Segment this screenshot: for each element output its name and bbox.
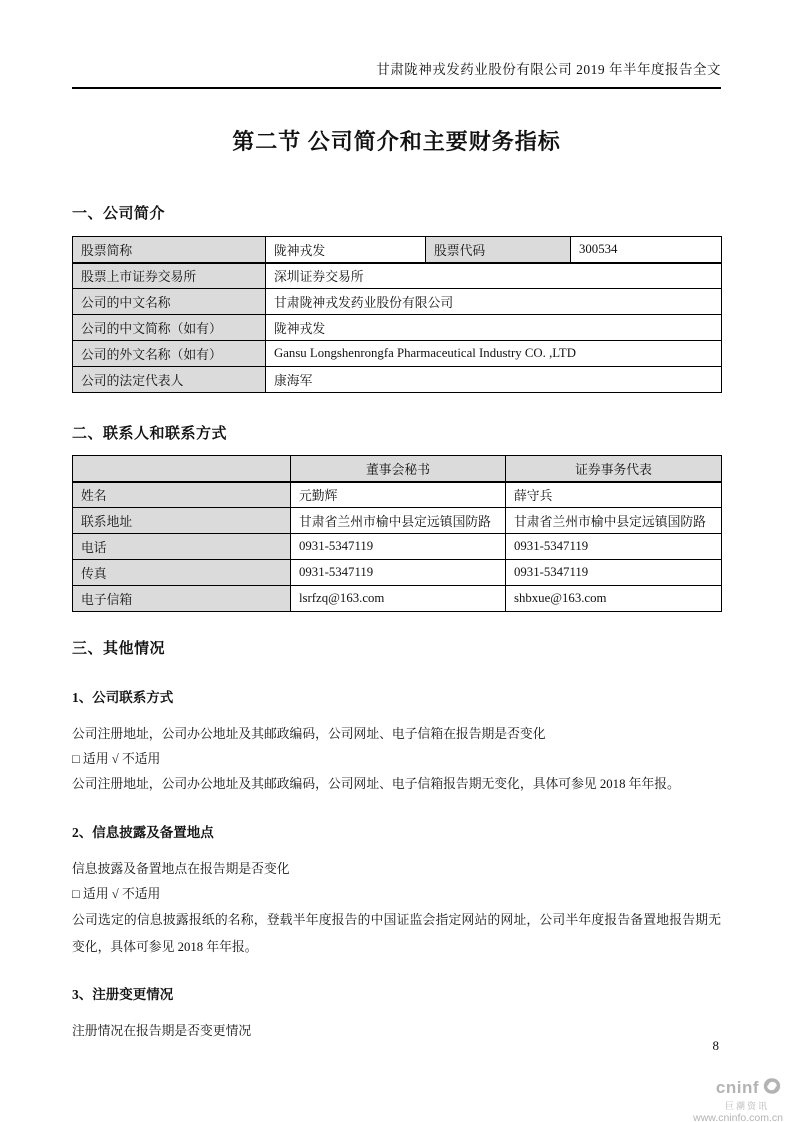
subsection-heading-disclosure: 2、信息披露及备置地点 — [72, 821, 721, 841]
cell-value: shbxue@163.com — [506, 586, 722, 612]
cell-label: 联系地址 — [73, 508, 291, 534]
cell-label: 股票代码 — [426, 237, 571, 263]
cninfo-brand-text: cninf — [716, 1079, 759, 1098]
page-title: 第二节 公司简介和主要财务指标 — [72, 125, 721, 156]
answer-text: 公司选定的信息披露报纸的名称，登载半年度报告的中国证监会指定网站的网址，公司半年… — [72, 907, 721, 961]
cell-value: Gansu Longshenrongfa Pharmaceutical Indu… — [266, 341, 722, 367]
page-number: 8 — [713, 1038, 720, 1054]
cell-value: 甘肃省兰州市榆中县定远镇国防路 — [291, 508, 506, 534]
cell-label: 股票上市证券交易所 — [73, 263, 266, 289]
cell-label: 公司的中文名称 — [73, 289, 266, 315]
question-text: 公司注册地址，公司办公地址及其邮政编码，公司网址、电子信箱在报告期是否变化 — [72, 722, 721, 747]
table-row: 传真 0931-5347119 0931-5347119 — [73, 560, 722, 586]
cell-label: 公司的外文名称（如有） — [73, 341, 266, 367]
applicability-line: □ 适用 √ 不适用 — [72, 747, 721, 772]
cell-value: 薛守兵 — [506, 482, 722, 508]
cell-value: 陇神戎发 — [266, 237, 426, 263]
cninfo-chinese-name: 巨潮资讯 — [693, 1102, 769, 1112]
company-profile-table: 股票简称 陇神戎发 股票代码 300534 股票上市证券交易所 深圳证券交易所 … — [72, 236, 722, 393]
cell-label: 电话 — [73, 534, 291, 560]
table-row: 公司的中文名称 甘肃陇神戎发药业股份有限公司 — [73, 289, 722, 315]
table-row: 公司的外文名称（如有） Gansu Longshenrongfa Pharmac… — [73, 341, 722, 367]
cell-empty — [73, 456, 291, 482]
table-row: 公司的法定代表人 康海军 — [73, 367, 722, 393]
applicability-line: □ 适用 √ 不适用 — [72, 882, 721, 907]
cell-value: 甘肃省兰州市榆中县定远镇国防路 — [506, 508, 722, 534]
table-row: 电话 0931-5347119 0931-5347119 — [73, 534, 722, 560]
cell-value: 深圳证券交易所 — [266, 263, 722, 289]
table-row: 股票上市证券交易所 深圳证券交易所 — [73, 263, 722, 289]
column-header: 证券事务代表 — [506, 456, 722, 482]
cell-label: 姓名 — [73, 482, 291, 508]
cell-value: 0931-5347119 — [291, 560, 506, 586]
cell-value: 甘肃陇神戎发药业股份有限公司 — [266, 289, 722, 315]
cell-label: 股票简称 — [73, 237, 266, 263]
cell-value: 康海军 — [266, 367, 722, 393]
cell-value: 0931-5347119 — [506, 560, 722, 586]
section-heading-contacts: 二、联系人和联系方式 — [72, 422, 721, 443]
cell-value: lsrfzq@163.com — [291, 586, 506, 612]
cell-value: 0931-5347119 — [291, 534, 506, 560]
answer-text: 公司注册地址，公司办公地址及其邮政编码，公司网址、电子信箱报告期无变化，具体可参… — [72, 772, 721, 797]
cell-value: 陇神戎发 — [266, 315, 722, 341]
subsection-heading-contact-method: 1、公司联系方式 — [72, 686, 721, 706]
table-row: 姓名 元勤辉 薛守兵 — [73, 482, 722, 508]
section-heading-company-profile: 一、公司简介 — [72, 202, 721, 223]
table-header-row: 董事会秘书 证券事务代表 — [73, 456, 722, 482]
cell-label: 公司的中文简称（如有） — [73, 315, 266, 341]
contacts-table: 董事会秘书 证券事务代表 姓名 元勤辉 薛守兵 联系地址 甘肃省兰州市榆中县定远… — [72, 455, 722, 612]
cell-value: 元勤辉 — [291, 482, 506, 508]
cninfo-watermark: cninf 巨潮资讯 www.cninfo.com.cn — [693, 1076, 783, 1122]
table-row: 电子信箱 lsrfzq@163.com shbxue@163.com — [73, 586, 722, 612]
running-header: 甘肃陇神戎发药业股份有限公司 2019 年半年度报告全文 — [72, 58, 721, 89]
cell-value: 0931-5347119 — [506, 534, 722, 560]
cell-label: 公司的法定代表人 — [73, 367, 266, 393]
cell-label: 传真 — [73, 560, 291, 586]
table-row: 联系地址 甘肃省兰州市榆中县定远镇国防路 甘肃省兰州市榆中县定远镇国防路 — [73, 508, 722, 534]
report-page: 甘肃陇神戎发药业股份有限公司 2019 年半年度报告全文 第二节 公司简介和主要… — [0, 0, 793, 1122]
subsection-heading-registration: 3、注册变更情况 — [72, 983, 721, 1003]
column-header: 董事会秘书 — [291, 456, 506, 482]
question-text: 信息披露及备置地点在报告期是否变化 — [72, 857, 721, 882]
cell-label: 电子信箱 — [73, 586, 291, 612]
question-text: 注册情况在报告期是否变更情况 — [72, 1019, 721, 1044]
table-row: 公司的中文简称（如有） 陇神戎发 — [73, 315, 722, 341]
section-heading-other: 三、其他情况 — [72, 637, 721, 658]
cell-value: 300534 — [571, 237, 722, 263]
cninfo-url: www.cninfo.com.cn — [693, 1113, 783, 1122]
cninfo-logo-icon — [761, 1076, 783, 1101]
table-row: 股票简称 陇神戎发 股票代码 300534 — [73, 237, 722, 263]
